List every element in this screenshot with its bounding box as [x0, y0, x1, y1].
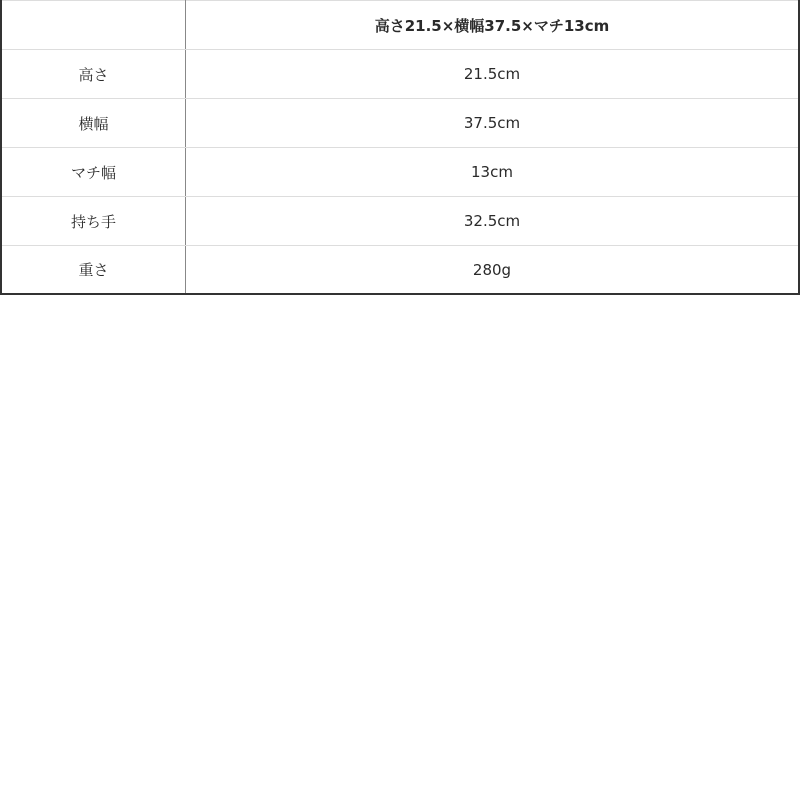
table-row-height: 高さ 21.5cm — [1, 50, 799, 99]
table-row-handle: 持ち手 32.5cm — [1, 197, 799, 246]
row-value: 280g — [186, 246, 800, 295]
header-label-cell — [1, 1, 186, 50]
row-label: 高さ — [1, 50, 186, 99]
row-label: 持ち手 — [1, 197, 186, 246]
header-size-summary: 高さ21.5×横幅37.5×マチ13cm — [186, 1, 800, 50]
table-row-width: 横幅 37.5cm — [1, 99, 799, 148]
row-value: 37.5cm — [186, 99, 800, 148]
row-value: 13cm — [186, 148, 800, 197]
table-header-row: 高さ21.5×横幅37.5×マチ13cm — [1, 1, 799, 50]
table-row-weight: 重さ 280g — [1, 246, 799, 295]
row-label: 重さ — [1, 246, 186, 295]
row-value: 32.5cm — [186, 197, 800, 246]
size-spec-table: 高さ21.5×横幅37.5×マチ13cm 高さ 21.5cm 横幅 37.5cm… — [0, 0, 800, 295]
row-value: 21.5cm — [186, 50, 800, 99]
row-label: 横幅 — [1, 99, 186, 148]
row-label: マチ幅 — [1, 148, 186, 197]
table-row-gusset: マチ幅 13cm — [1, 148, 799, 197]
